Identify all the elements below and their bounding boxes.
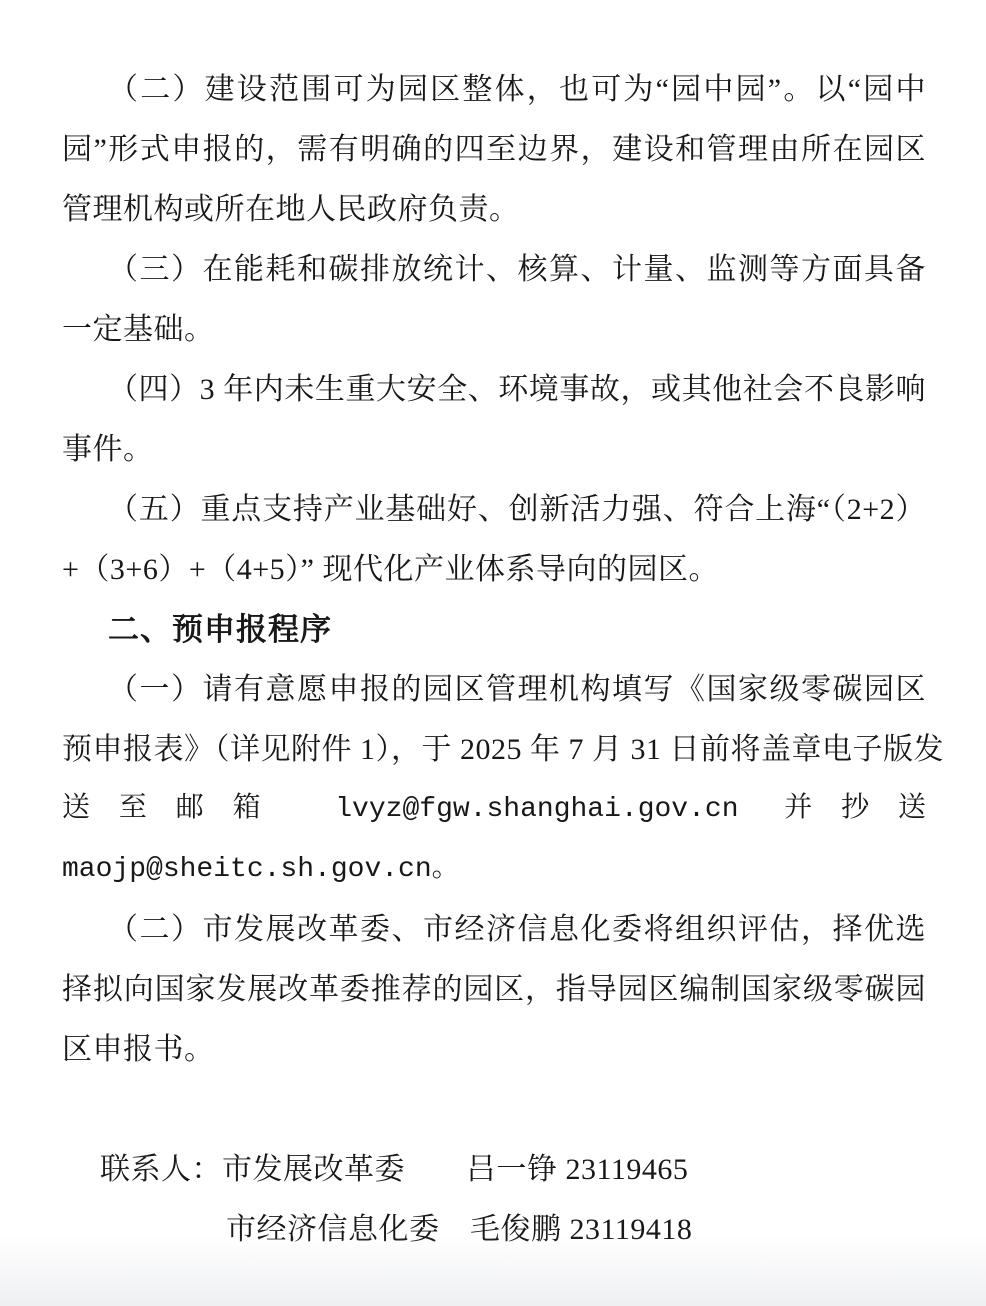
para6-line3-email: 送至邮箱 lvyz@fgw.shanghai.gov.cn 并抄送 [62,780,926,840]
para2-line3: 管理机构或所在地人民政府负责。 [62,180,926,240]
para3-line2: 一定基础。 [62,300,926,360]
para4-line1: （四）3 年内未生重大安全、环境事故，或其他社会不良影响 [62,360,926,420]
para6-line4-email: maojp@sheitc.sh.gov.cn。 [62,840,926,900]
para5-line2: +（3+6）+（4+5）” 现代化产业体系导向的园区。 [62,540,926,600]
para7-line1: （二）市发展改革委、市经济信息化委将组织评估，择优选 [62,900,926,960]
para6-line2: 预申报表》（详见附件 1），于 2025 年 7 月 31 日前将盖章电子版发 [62,720,926,780]
contact-line-1: 联系人：市发展改革委 吕一铮 23119465 [62,1140,926,1200]
document-body: （二）建设范围可为园区整体，也可为“园中园”。以“园中园”形式申报的，需有明确的… [62,60,926,1260]
blank-line [62,1080,926,1140]
para2-line1: （二）建设范围可为园区整体，也可为“园中园”。以“园中 [62,60,926,120]
para6-line1: （一）请有意愿申报的园区管理机构填写《国家级零碳园区 [62,660,926,720]
document-page: （二）建设范围可为园区整体，也可为“园中园”。以“园中园”形式申报的，需有明确的… [0,0,986,1306]
contact-line-2: 市经济信息化委 毛俊鹏 23119418 [62,1200,926,1260]
para4-line2: 事件。 [62,420,926,480]
para7-line2: 择拟向国家发展改革委推荐的园区，指导园区编制国家级零碳园 [62,960,926,1020]
para5-line1: （五）重点支持产业基础好、创新活力强、符合上海“（2+2） [62,480,926,540]
para3-line1: （三）在能耗和碳排放统计、核算、计量、监测等方面具备 [62,240,926,300]
section-heading: 二、预申报程序 [62,600,926,660]
para2-line2: 园”形式申报的，需有明确的四至边界，建设和管理由所在园区 [62,120,926,180]
para7-line3: 区申报书。 [62,1020,926,1080]
